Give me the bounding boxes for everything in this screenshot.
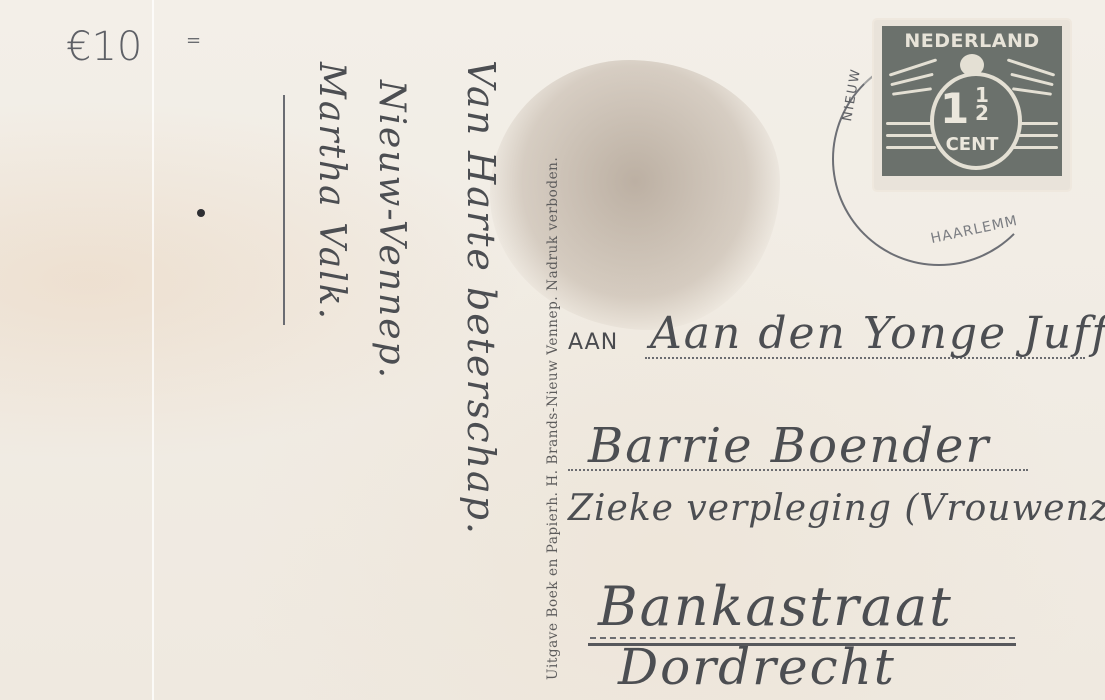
wing-stroke xyxy=(1012,87,1052,96)
postcard-back: €10 = Martha Valk. Nieuw-Vennep. Van Har… xyxy=(0,0,1105,700)
publisher-imprint: Uitgave Boek en Papierh. H. Brands-Nieuw… xyxy=(545,157,561,680)
address-label: AAN xyxy=(568,330,618,355)
stamp-value: 1 xyxy=(940,84,969,133)
crease-line xyxy=(152,0,154,700)
stamp-country: NEDERLAND xyxy=(882,30,1062,52)
address-street: Bankastraat xyxy=(598,575,953,638)
wing-stroke xyxy=(1010,73,1053,87)
sender-name: Martha Valk. xyxy=(311,62,352,321)
wing-stroke xyxy=(892,87,932,96)
stamp-unit: CENT xyxy=(882,134,1062,155)
price-note: €10 xyxy=(66,24,142,70)
stamp-design: NEDERLAND 1 1 2 CENT xyxy=(882,26,1062,176)
ink-smudge xyxy=(490,60,780,330)
divider-rule xyxy=(283,95,285,325)
postage-stamp: NEDERLAND 1 1 2 CENT xyxy=(874,20,1070,190)
wing-stroke xyxy=(890,73,933,87)
price-note-suffix: = xyxy=(186,30,201,51)
address-ward: Zieke verpleging (Vrouwenzaal) xyxy=(568,488,1105,529)
stamp-fraction-denominator: 2 xyxy=(975,101,989,125)
stamp-fraction: 1 2 xyxy=(974,86,990,122)
address-recipient-title: Aan den Yonge Juff xyxy=(650,308,1105,359)
ink-dot xyxy=(197,209,205,217)
sender-town: Nieuw-Vennep. xyxy=(371,80,412,380)
wing-stroke xyxy=(886,122,932,125)
address-city: Dordrecht xyxy=(618,638,896,696)
greeting-message: Van Harte beterschap. xyxy=(459,60,503,536)
address-recipient-name: Barrie Boender xyxy=(588,418,990,474)
